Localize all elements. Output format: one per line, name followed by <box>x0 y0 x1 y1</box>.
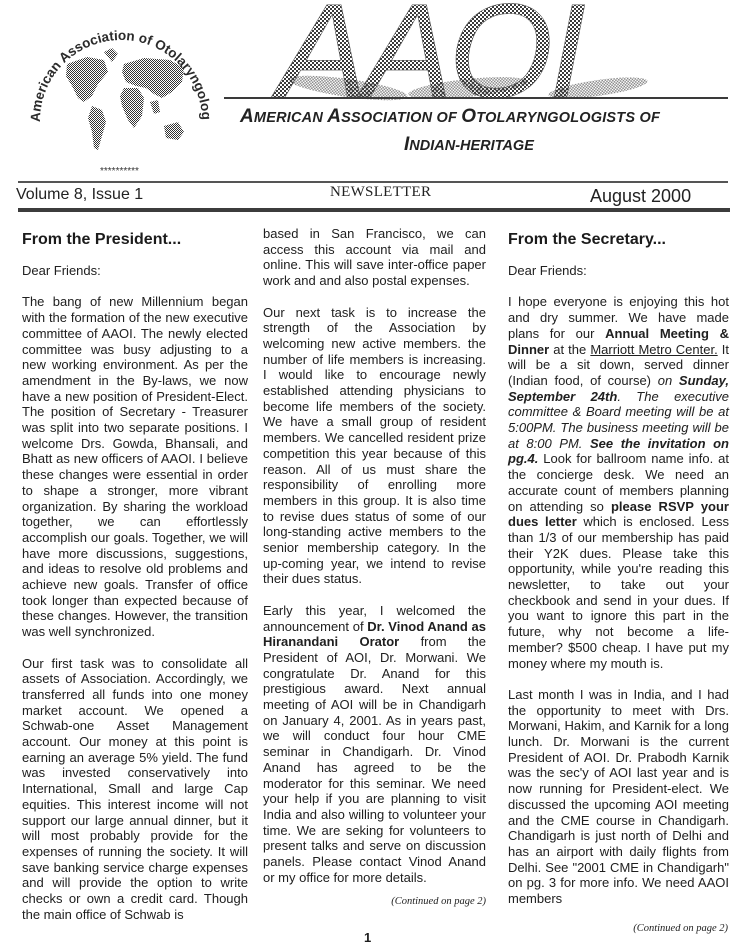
president-heading: From the President... <box>22 231 248 249</box>
header-thick-rule <box>18 208 730 212</box>
masthead-rule <box>224 97 728 99</box>
aaoi-logo-globe-icon: American Association of Otolaryngologist… <box>12 2 218 178</box>
org-name-line2: INDIAN-HERITAGE <box>404 134 534 156</box>
president-paragraph-2: Our first task was to consolidate all as… <box>22 656 248 923</box>
newsletter-label: NEWSLETTER <box>330 184 431 201</box>
logo-stars: ********** <box>100 166 139 177</box>
president-paragraph-1: The bang of new Millennium began with th… <box>22 294 248 639</box>
page-number: 1 <box>364 930 371 945</box>
org-name-line1: AMERICAN ASSOCIATION OF OTOLARYNGOLOGIST… <box>240 106 730 128</box>
president-greeting: Dear Friends: <box>22 263 248 279</box>
issue-date: August 2000 <box>590 186 691 207</box>
president-column-2: based in San Francisco, we can access th… <box>263 226 486 901</box>
secretary-column: From the Secretary... Dear Friends: I ho… <box>508 231 729 922</box>
president-paragraph-4: Early this year, I welcomed the announce… <box>263 603 486 886</box>
volume-issue: Volume 8, Issue 1 <box>16 186 143 204</box>
president-column-1: From the President... Dear Friends: The … <box>22 231 248 938</box>
president-paragraph-2-cont: based in San Francisco, we can access th… <box>263 226 486 289</box>
logo-ring-text: American Association of Otolaryngologist… <box>12 2 214 122</box>
secretary-heading: From the Secretary... <box>508 231 729 249</box>
header-divider <box>18 181 728 183</box>
aaoi-title: AAOI <box>271 0 585 106</box>
secretary-paragraph-2: Last month I was in India, and I had the… <box>508 687 729 907</box>
secretary-continued-link[interactable]: (Continued on page 2) <box>560 923 728 934</box>
secretary-greeting: Dear Friends: <box>508 263 729 279</box>
president-paragraph-3: Our next task is to increase the strengt… <box>263 305 486 588</box>
aaoi-title-wordmark: AAOI <box>268 0 708 106</box>
svg-text:American Association of Otolar: American Association of Otolaryngologist… <box>12 2 214 122</box>
secretary-paragraph-1: I hope everyone is enjoying this hot and… <box>508 294 729 671</box>
president-continued-link[interactable]: (Continued on page 2) <box>300 896 486 907</box>
